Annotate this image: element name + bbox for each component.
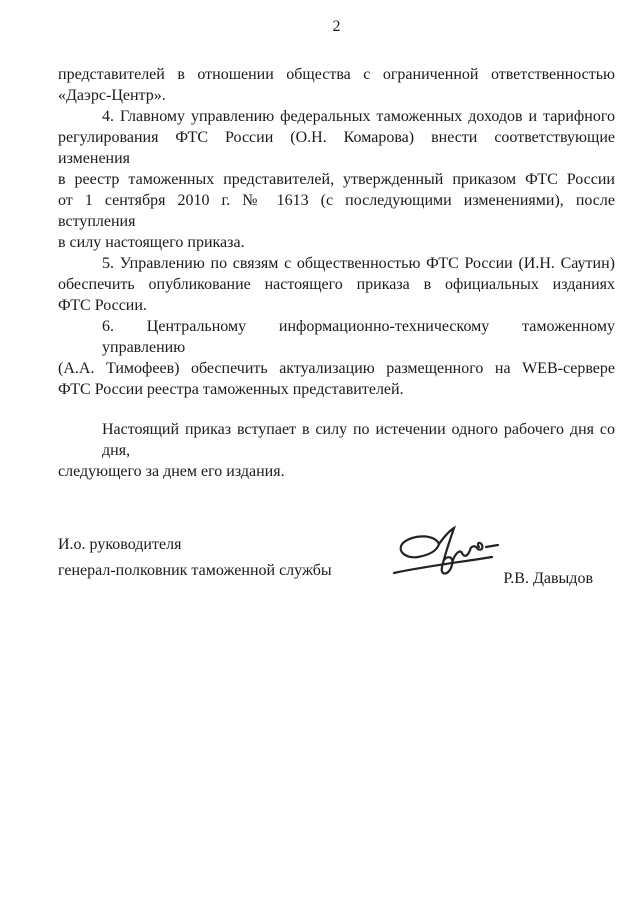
paragraph-item-6: 6. Центральному информационно-техническо… (58, 316, 615, 400)
document-page: 2 представителей в отношении общества с … (0, 0, 640, 905)
paragraph-line: (А.А. Тимофеев) обеспечить актуализацию … (58, 358, 615, 379)
paragraph-line: ФТС России. (58, 295, 615, 316)
paragraph-line: ФТС России реестра таможенных представит… (58, 379, 615, 400)
paragraph-line: «Даэрс-Центр». (58, 85, 615, 106)
paragraph-line: представителей в отношении общества с ог… (58, 64, 615, 85)
paragraph-line: 4. Главному управлению федеральных тамож… (58, 106, 615, 127)
paragraph-line: в реестр таможенных представителей, утве… (58, 169, 615, 190)
paragraph-continuation: представителей в отношении общества с ог… (58, 64, 615, 106)
paragraph-line: обеспечить опубликование настоящего прик… (58, 274, 615, 295)
signer-name: Р.В. Давыдов (503, 568, 593, 589)
paragraph-line: 6. Центральному информационно-техническо… (58, 316, 615, 358)
paragraph-item-4: 4. Главному управлению федеральных тамож… (58, 106, 615, 253)
paragraph-item-5: 5. Управлению по связям с общественность… (58, 253, 615, 316)
page-number: 2 (58, 16, 615, 37)
paragraph-line: Настоящий приказ вступает в силу по исте… (58, 419, 615, 461)
paragraph-line: в силу настоящего приказа. (58, 232, 615, 253)
signature-block: И.о. руководителя генерал-полковник тамо… (58, 532, 615, 622)
paragraph-line: от 1 сентября 2010 г. № 1613 (с последую… (58, 190, 615, 232)
paragraph-line: следующего за днем его издания. (58, 461, 615, 482)
paragraph-line: регулирования ФТС России (О.Н. Комарова)… (58, 127, 615, 169)
paragraph-effective-date: Настоящий приказ вступает в силу по исте… (58, 419, 615, 482)
signature-icon (391, 522, 508, 588)
signer-position: И.о. руководителя (58, 532, 615, 558)
paragraph-line: 5. Управлению по связям с общественность… (58, 253, 615, 274)
